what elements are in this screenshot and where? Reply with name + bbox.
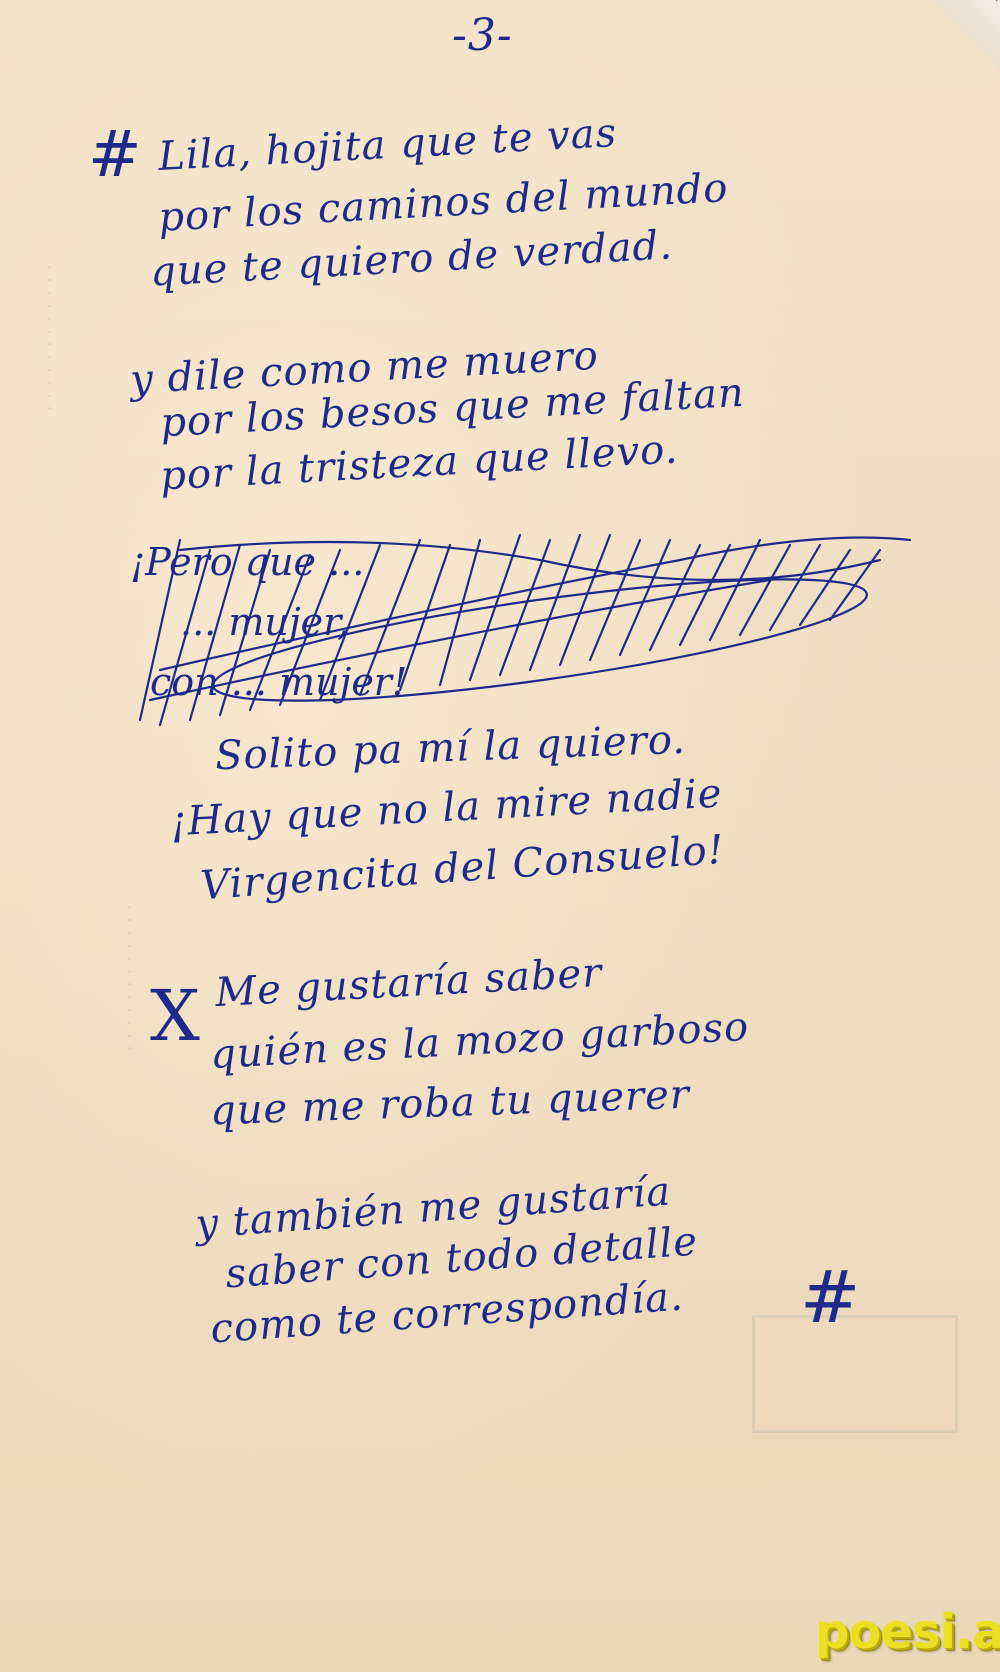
x-mark: X bbox=[150, 975, 201, 1057]
bleed-through-text: ············ bbox=[120, 900, 141, 1054]
bleed-through-text: ············ bbox=[40, 260, 61, 414]
poesias-watermark-logo: poesi.as bbox=[815, 1604, 1000, 1660]
start-mark: # bbox=[88, 118, 143, 192]
folded-corner bbox=[930, 0, 1000, 80]
strike-scribble bbox=[120, 520, 960, 730]
end-mark: # bbox=[800, 1255, 861, 1339]
crossed-out-stanza: ¡Pero que ... ... mujer, con ... mujer! bbox=[120, 520, 960, 730]
page-number: -3- bbox=[452, 10, 513, 61]
